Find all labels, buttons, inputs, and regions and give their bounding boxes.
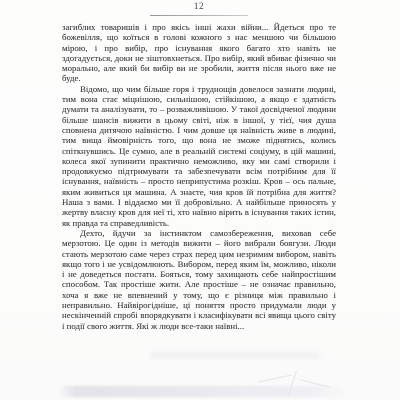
scan-crease — [258, 374, 291, 382]
page-text-block: загиблих товаришів і про якісь інші жахи… — [62, 22, 336, 331]
ink-bleedthrough-smudge — [150, 352, 320, 359]
book-page-scan: 12 загиблих товаришів і про якісь інші ж… — [0, 0, 400, 400]
paragraph: Відомо, що чим більше горя і труднощів д… — [62, 84, 336, 228]
paragraph: Дехто, йдучи за інстинктом самозбереженн… — [62, 228, 336, 331]
page-bottom-scan-shadow — [58, 386, 348, 397]
paragraph: загиблих товаришів і про якісь інші жахи… — [62, 22, 336, 84]
page-number: 12 — [150, 2, 248, 12]
header-rule-divider — [150, 15, 248, 16]
